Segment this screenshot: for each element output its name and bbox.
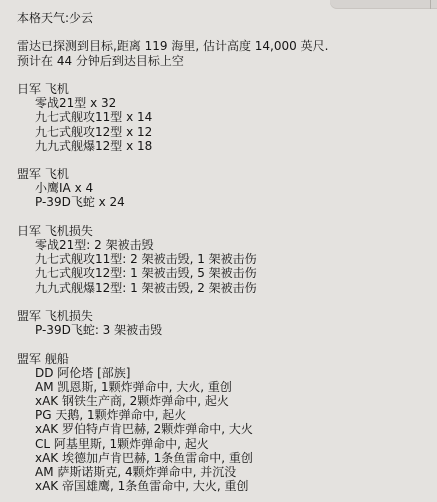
report-line: xAK 埃德加卢肯巴赫, 1条鱼雷命中, 重创: [17, 451, 437, 465]
report-line: CL 阿基里斯, 1颗炸弹命中, 起火: [17, 437, 437, 451]
report-line: 九七式舰攻12型: 1 架被击毁, 5 架被击伤: [17, 266, 437, 280]
section-allied-aircraft-losses: 盟军 飞机损失 P-39D飞蛇: 3 架被击毁: [17, 309, 437, 337]
report-line: 九七式舰攻11型 x 14: [17, 110, 437, 124]
section-allied-aircraft: 盟军 飞机 小鹰IA x 4 P-39D飞蛇 x 24: [17, 167, 437, 210]
report-line: AM 萨斯诺斯克, 4颗炸弹命中, 并沉没: [17, 465, 437, 479]
report-line: 九七式舰攻11型: 2 架被击毁, 1 架被击伤: [17, 252, 437, 266]
report-line: P-39D飞蛇 x 24: [17, 195, 437, 209]
weather-line: 本格天气:少云: [17, 11, 437, 25]
report-line: 九九式舰爆12型: 1 架被击毁, 2 架被击伤: [17, 281, 437, 295]
section-title: 日军 飞机: [17, 82, 437, 96]
report-line: 九九式舰爆12型 x 18: [17, 139, 437, 153]
report-line: xAK 罗伯特卢肯巴赫, 2颗炸弹命中, 大火: [17, 422, 437, 436]
section-allied-ships: 盟军 舰船 DD 阿伦塔 [部族] AM 凯恩斯, 1颗炸弹命中, 大火, 重创…: [17, 352, 437, 494]
report-line: xAK 钢铁生产商, 2颗炸弹命中, 起火: [17, 394, 437, 408]
report-line: 小鹰IA x 4: [17, 181, 437, 195]
section-title: 盟军 飞机: [17, 167, 437, 181]
section-title: 盟军 舰船: [17, 352, 437, 366]
report-line: 九七式舰攻12型 x 12: [17, 125, 437, 139]
report-line: xAK 帝国雄鹰, 1条鱼雷命中, 大火, 重创: [17, 479, 437, 493]
report-line: 零战21型 x 32: [17, 96, 437, 110]
report-line: P-39D飞蛇: 3 架被击毁: [17, 323, 437, 337]
eta-line: 预计在 44 分钟后到达目标上空: [17, 54, 437, 68]
partial-button-top-right[interactable]: [330, 0, 437, 9]
report-line: PG 天鹅, 1颗炸弹命中, 起火: [17, 408, 437, 422]
section-title: 盟军 飞机损失: [17, 309, 437, 323]
combat-report: 本格天气:少云 雷达已探测到目标,距离 119 海里, 估计高度 14,000 …: [17, 11, 437, 493]
report-line: 零战21型: 2 架被击毁: [17, 238, 437, 252]
section-title: 日军 飞机损失: [17, 224, 437, 238]
radar-line: 雷达已探测到目标,距离 119 海里, 估计高度 14,000 英尺.: [17, 39, 437, 53]
section-japanese-aircraft-losses: 日军 飞机损失 零战21型: 2 架被击毁 九七式舰攻11型: 2 架被击毁, …: [17, 224, 437, 295]
report-line: AM 凯恩斯, 1颗炸弹命中, 大火, 重创: [17, 380, 437, 394]
report-line: DD 阿伦塔 [部族]: [17, 366, 437, 380]
section-japanese-aircraft: 日军 飞机 零战21型 x 32 九七式舰攻11型 x 14 九七式舰攻12型 …: [17, 82, 437, 153]
